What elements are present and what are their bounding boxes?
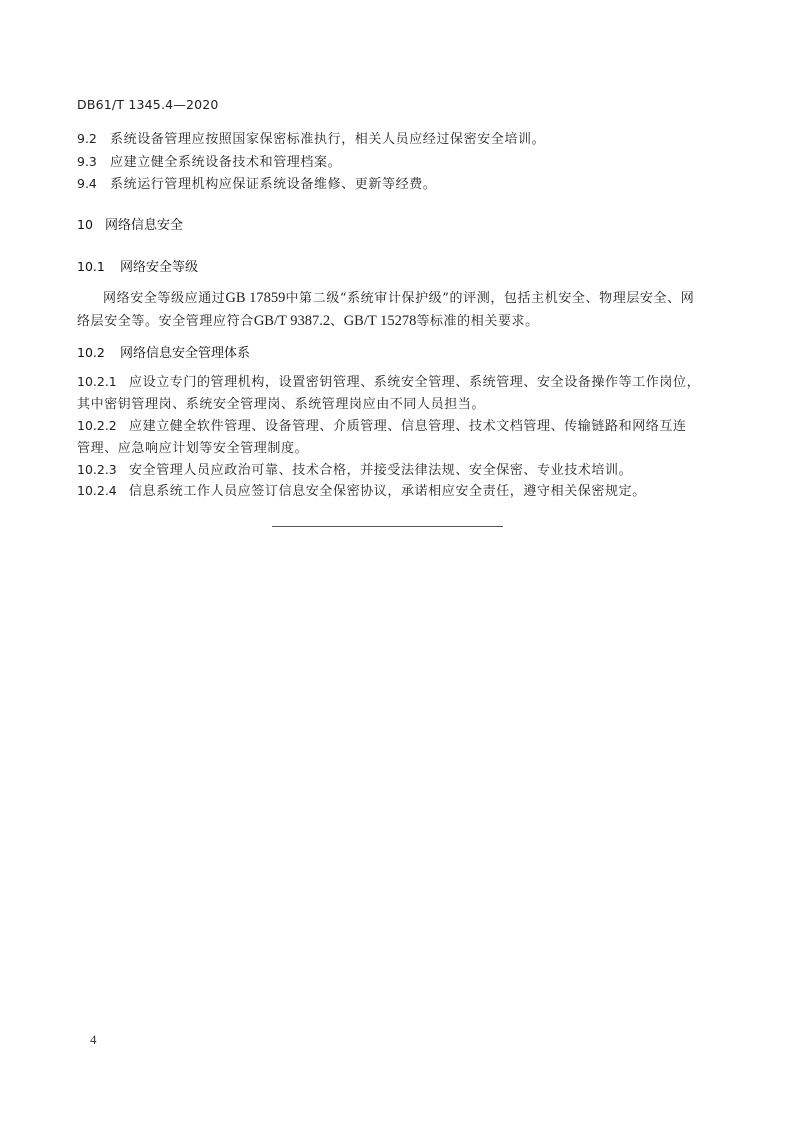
clause-9-3: 9.3应建立健全系统设备技术和管理档案。 [77,151,341,170]
clause-text: 系统设备管理应按照国家保密标准执行，相关人员应经过保密安全培训。 [110,132,545,147]
clause-10-2-3: 10.2.3安全管理人员应政治可靠、技术合格，并接受法律法规、安全保密、专业技术… [77,459,632,478]
text-run: 中第二级“系统审计保护级”的评测，包括主机安全、物理层安全、网 [285,291,694,306]
standard-reference: GB 17859 [225,290,285,306]
clause-text: 应建立健全软件管理、设备管理、介质管理、信息管理、技术文档管理、传输链路和网络互… [129,419,687,434]
text-run: 、 [330,314,344,329]
text-run: 等标准的相关要求。 [416,314,538,329]
clause-text: 应设立专门的管理机构，设置密钥管理、系统安全管理、系统管理、安全设备操作等工作岗… [129,375,700,390]
clause-9-4: 9.4系统运行管理机构应保证系统设备维修、更新等经费。 [77,173,436,192]
clause-10-2-2-line1: 10.2.2应建立健全软件管理、设备管理、介质管理、信息管理、技术文档管理、传输… [77,415,687,434]
clause-text: 系统运行管理机构应保证系统设备维修、更新等经费。 [110,177,436,192]
section-number: 10 [77,217,105,232]
section-title: 网络信息安全 [105,218,183,233]
section-10-heading: 10网络信息安全 [77,214,183,233]
subsection-10-1-heading: 10.1网络安全等级 [77,256,198,275]
standard-reference: GB/T 9387.2 [254,313,330,329]
end-divider [272,526,503,527]
clause-number: 9.3 [77,154,110,169]
clause-number: 10.2.4 [77,483,129,498]
document-header-code: DB61/T 1345.4—2020 [77,97,219,112]
paragraph-10-1-line1: 网络安全等级应通过GB 17859中第二级“系统审计保护级”的评测，包括主机安全… [103,287,694,307]
clause-10-2-2-line2: 管理、应急响应计划等安全管理制度。 [77,437,308,456]
clause-number: 10.2.3 [77,462,129,477]
clause-number: 9.4 [77,176,110,191]
clause-text: 信息系统工作人员应签订信息安全保密协议，承诺相应安全责任，遵守相关保密规定。 [129,484,646,499]
clause-number: 10.2.2 [77,418,129,433]
clause-number: 10.2.1 [77,374,129,389]
page-number: 4 [90,1032,97,1048]
text-run: 络层安全等。安全管理应符合 [77,314,254,329]
clause-9-2: 9.2系统设备管理应按照国家保密标准执行，相关人员应经过保密安全培训。 [77,128,545,147]
standard-reference: GB/T 15278 [344,313,417,329]
document-page: DB61/T 1345.4—2020 9.2系统设备管理应按照国家保密标准执行，… [0,0,793,1122]
clause-10-2-4: 10.2.4信息系统工作人员应签订信息安全保密协议，承诺相应安全责任，遵守相关保… [77,480,646,499]
clause-text: 安全管理人员应政治可靠、技术合格，并接受法律法规、安全保密、专业技术培训。 [129,463,632,478]
clause-10-2-1-line1: 10.2.1应设立专门的管理机构，设置密钥管理、系统安全管理、系统管理、安全设备… [77,371,700,390]
subsection-10-2-heading: 10.2网络信息安全管理体系 [77,342,250,361]
paragraph-10-1-line2: 络层安全等。安全管理应符合GB/T 9387.2、GB/T 15278等标准的相… [77,310,539,330]
subsection-number: 10.2 [77,345,120,360]
text-run: 网络安全等级应通过 [103,291,225,306]
subsection-title: 网络信息安全管理体系 [120,346,250,361]
clause-number: 9.2 [77,131,110,146]
clause-text: 应建立健全系统设备技术和管理档案。 [110,155,341,170]
subsection-number: 10.1 [77,259,120,274]
clause-10-2-1-line2: 其中密钥管理岗、系统安全管理岗、系统管理岗应由不同人员担当。 [77,393,485,412]
subsection-title: 网络安全等级 [120,260,198,275]
